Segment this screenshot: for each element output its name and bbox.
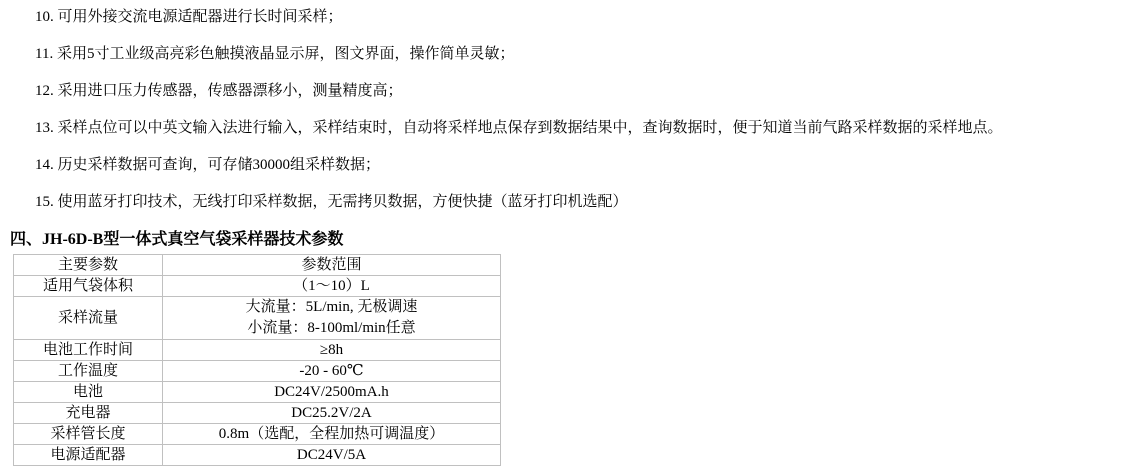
value-cell: 大流量：5L/min, 无极调速 小流量：8-100ml/min任意 <box>163 297 501 340</box>
value-cell: DC24V/5A <box>163 445 501 466</box>
param-cell: 电池 <box>14 382 163 403</box>
table-row: 采样管长度 0.8m（选配，全程加热可调温度） <box>14 424 501 445</box>
value-cell: （1～10）L <box>163 276 501 297</box>
list-item-10: 10. 可用外接交流电源适配器进行长时间采样； <box>35 7 1147 28</box>
section-heading: 四、JH-6D-B型一体式真空气袋采样器技术参数 <box>10 229 1147 250</box>
param-cell: 充电器 <box>14 403 163 424</box>
value-line: 小流量：8-100ml/min任意 <box>163 318 500 339</box>
list-item-12: 12. 采用进口压力传感器，传感器漂移小，测量精度高； <box>35 81 1147 102</box>
table-header-row: 主要参数 参数范围 <box>14 255 501 276</box>
param-cell: 适用气袋体积 <box>14 276 163 297</box>
table-row: 电池 DC24V/2500mA.h <box>14 382 501 403</box>
table-row: 电池工作时间 ≥8h <box>14 340 501 361</box>
table-row: 电源适配器 DC24V/5A <box>14 445 501 466</box>
param-cell: 采样流量 <box>14 297 163 340</box>
table-row: 充电器 DC25.2V/2A <box>14 403 501 424</box>
value-line: 大流量：5L/min, 无极调速 <box>163 297 500 318</box>
spec-table: 主要参数 参数范围 适用气袋体积 （1～10）L 采样流量 大流量：5L/min… <box>13 254 501 466</box>
param-cell: 采样管长度 <box>14 424 163 445</box>
value-cell: ≥8h <box>163 340 501 361</box>
table-row: 采样流量 大流量：5L/min, 无极调速 小流量：8-100ml/min任意 <box>14 297 501 340</box>
param-cell: 电源适配器 <box>14 445 163 466</box>
header-cell-range: 参数范围 <box>163 255 501 276</box>
list-item-13: 13. 采样点位可以中英文输入法进行输入，采样结束时，自动将采样地点保存到数据结… <box>35 118 1147 139</box>
value-cell: DC25.2V/2A <box>163 403 501 424</box>
value-cell: -20 - 60℃ <box>163 361 501 382</box>
header-cell-param: 主要参数 <box>14 255 163 276</box>
table-row: 工作温度 -20 - 60℃ <box>14 361 501 382</box>
value-cell: DC24V/2500mA.h <box>163 382 501 403</box>
list-item-11: 11. 采用5寸工业级高亮彩色触摸液晶显示屏，图文界面，操作简单灵敏； <box>35 44 1147 65</box>
param-cell: 工作温度 <box>14 361 163 382</box>
param-cell: 电池工作时间 <box>14 340 163 361</box>
document-page: 10. 可用外接交流电源适配器进行长时间采样； 11. 采用5寸工业级高亮彩色触… <box>0 0 1147 474</box>
list-item-14: 14. 历史采样数据可查询，可存储30000组采样数据； <box>35 155 1147 176</box>
table-row: 适用气袋体积 （1～10）L <box>14 276 501 297</box>
value-cell: 0.8m（选配，全程加热可调温度） <box>163 424 501 445</box>
list-item-15: 15. 使用蓝牙打印技术，无线打印采样数据，无需拷贝数据，方便快捷（蓝牙打印机选… <box>35 192 1147 213</box>
feature-list: 10. 可用外接交流电源适配器进行长时间采样； 11. 采用5寸工业级高亮彩色触… <box>35 7 1147 213</box>
